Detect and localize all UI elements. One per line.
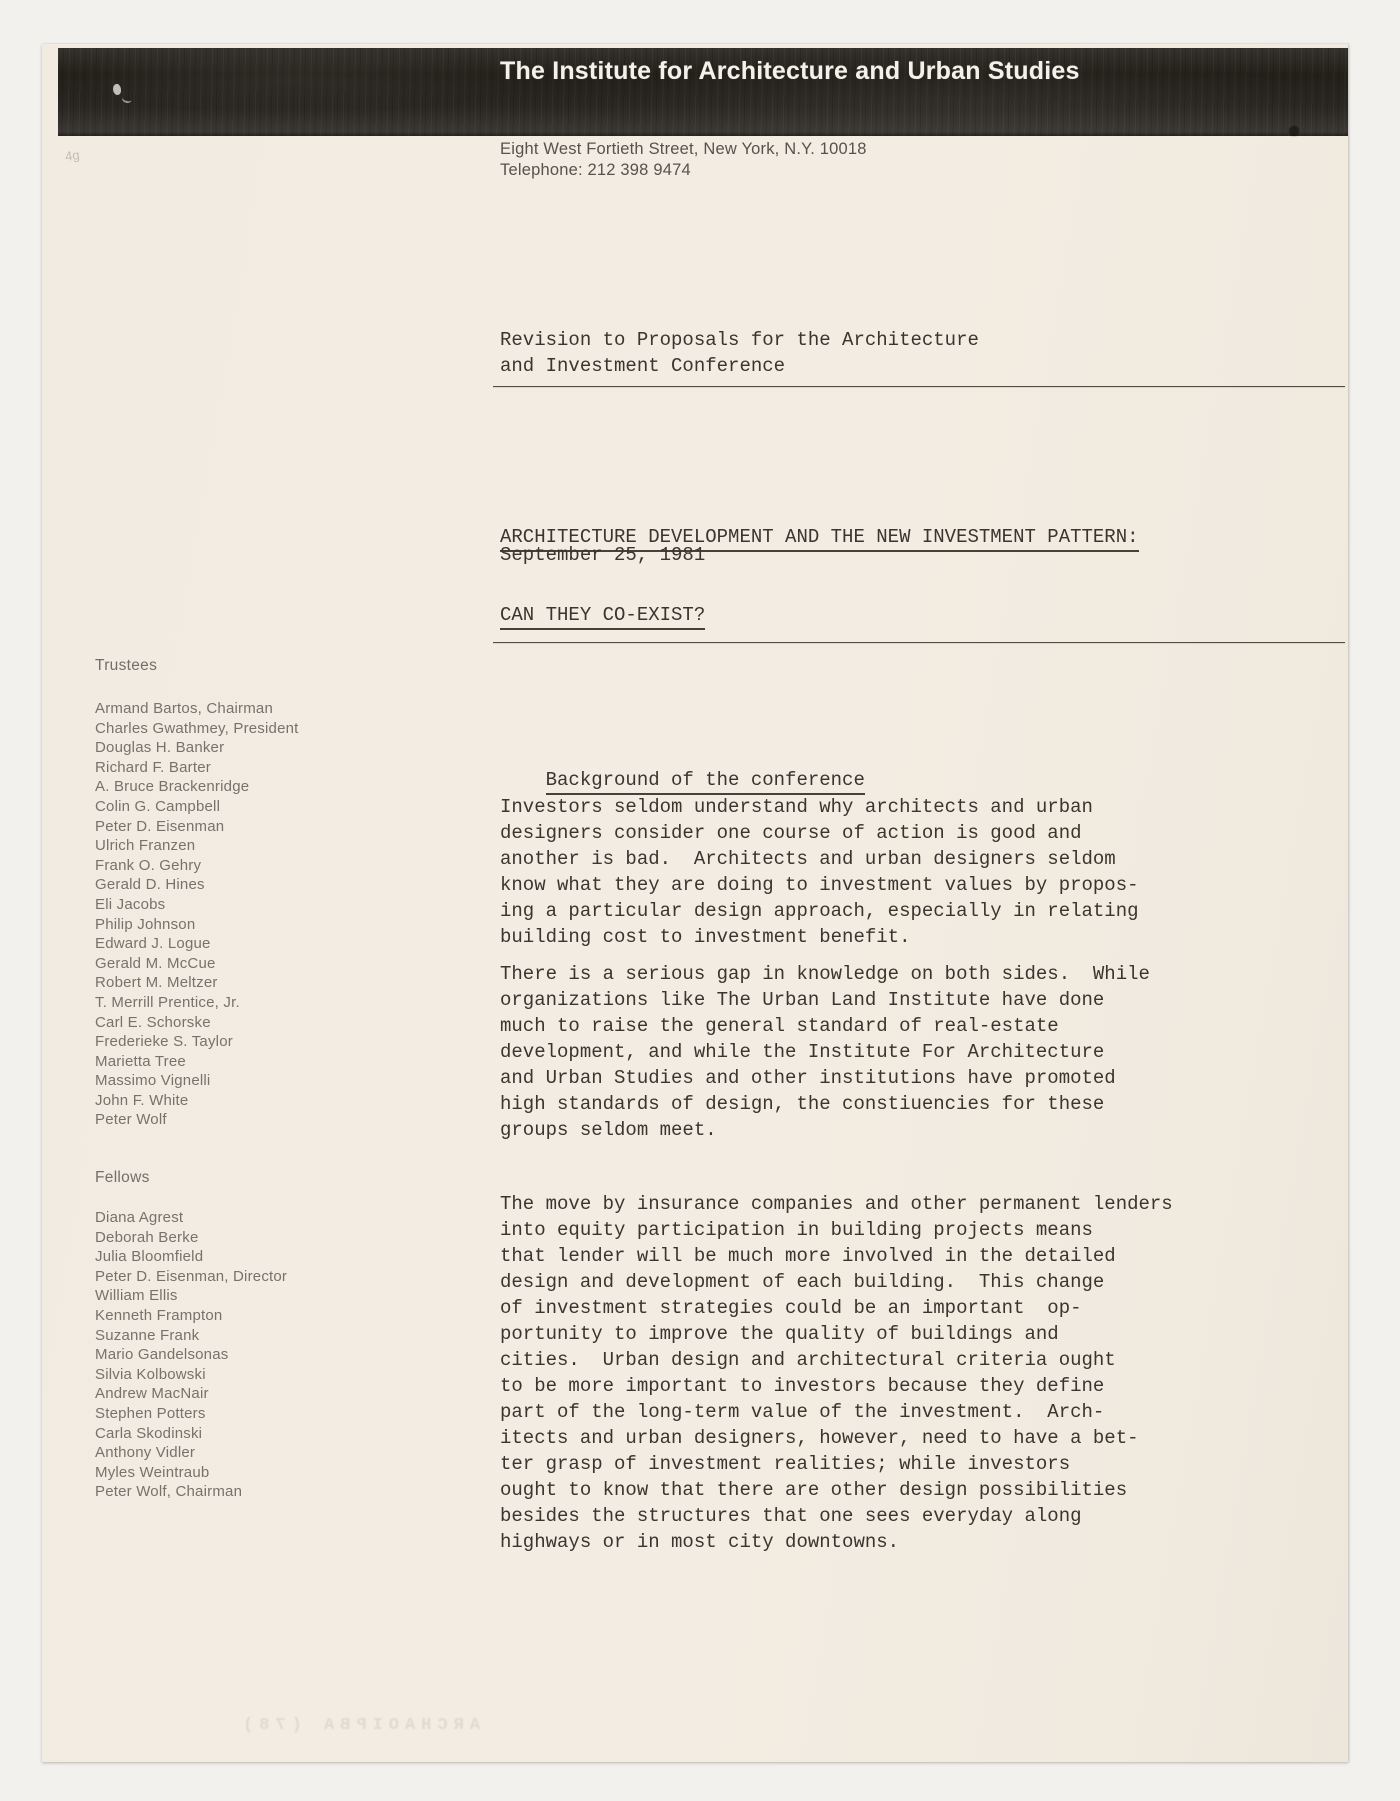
- trustee-item: Charles Gwathmey, President: [95, 719, 299, 739]
- scratch-mark: [121, 93, 133, 104]
- scratch-mark: [111, 83, 122, 96]
- fellows-list: Diana Agrest Deborah Berke Julia Bloomfi…: [95, 1208, 287, 1502]
- trustee-item: Edward J. Logue: [95, 934, 299, 954]
- fellow-item: Silvia Kolbowski: [95, 1365, 287, 1385]
- trustee-item: Frank O. Gehry: [95, 856, 299, 876]
- trustee-item: Eli Jacobs: [95, 895, 299, 915]
- fellow-item: Anthony Vidler: [95, 1443, 287, 1463]
- fellow-item: Diana Agrest: [95, 1208, 287, 1228]
- fellow-item: Andrew MacNair: [95, 1384, 287, 1404]
- organization-name: The Institute for Architecture and Urban…: [500, 57, 1080, 85]
- trustee-item: Armand Bartos, Chairman: [95, 699, 299, 719]
- fellow-item: Peter D. Eisenman, Director: [95, 1267, 287, 1287]
- document-date: September 25, 1981: [500, 542, 705, 568]
- document-subject: Revision to Proposals for the Architectu…: [500, 327, 979, 379]
- fellow-item: Myles Weintraub: [95, 1463, 287, 1483]
- trustee-item: Marietta Tree: [95, 1052, 299, 1072]
- fellow-item: William Ellis: [95, 1286, 287, 1306]
- ink-dot: [1289, 126, 1299, 136]
- fellow-item: Deborah Berke: [95, 1228, 287, 1248]
- trustee-item: Peter D. Eisenman: [95, 817, 299, 837]
- document-title: ARCHITECTURE DEVELOPMENT AND THE NEW INV…: [500, 472, 1139, 680]
- fellow-item: Stephen Potters: [95, 1404, 287, 1424]
- body-paragraph: Investors seldom understand why architec…: [500, 794, 1200, 950]
- trustee-item: Douglas H. Banker: [95, 738, 299, 758]
- trustees-heading: Trustees: [95, 656, 157, 676]
- bleedthrough-text: ARCHAOIPBA (78): [237, 1716, 480, 1735]
- trustee-item: Colin G. Campbell: [95, 797, 299, 817]
- body-paragraph: The move by insurance companies and othe…: [500, 1191, 1200, 1555]
- trustee-item: Robert M. Meltzer: [95, 973, 299, 993]
- phone-line: Telephone: 212 398 9474: [500, 160, 867, 181]
- trustee-item: A. Bruce Brackenridge: [95, 777, 299, 797]
- trustees-list: Armand Bartos, Chairman Charles Gwathmey…: [95, 699, 299, 1130]
- trustee-item: Richard F. Barter: [95, 758, 299, 778]
- horizontal-rule: [493, 386, 1345, 387]
- body-paragraph: There is a serious gap in knowledge on b…: [500, 961, 1200, 1143]
- trustee-item: Frederieke S. Taylor: [95, 1032, 299, 1052]
- fellow-item: Suzanne Frank: [95, 1326, 287, 1346]
- trustee-item: Carl E. Schorske: [95, 1013, 299, 1033]
- trustee-item: John F. White: [95, 1091, 299, 1111]
- pencil-annotation: 4g: [64, 147, 80, 164]
- address-block: Eight West Fortieth Street, New York, N.…: [500, 139, 867, 181]
- trustee-item: Gerald D. Hines: [95, 875, 299, 895]
- trustee-item: Massimo Vignelli: [95, 1071, 299, 1091]
- document-page: The Institute for Architecture and Urban…: [42, 44, 1348, 1762]
- trustee-item: Philip Johnson: [95, 915, 299, 935]
- trustee-item: Gerald M. McCue: [95, 954, 299, 974]
- title-line-2: CAN THEY CO-EXIST?: [500, 602, 705, 630]
- address-line: Eight West Fortieth Street, New York, N.…: [500, 139, 867, 160]
- trustee-item: Peter Wolf: [95, 1110, 299, 1130]
- horizontal-rule: [493, 642, 1345, 643]
- fellow-item: Mario Gandelsonas: [95, 1345, 287, 1365]
- fellow-item: Carla Skodinski: [95, 1424, 287, 1444]
- fellow-item: Kenneth Frampton: [95, 1306, 287, 1326]
- trustee-item: Ulrich Franzen: [95, 836, 299, 856]
- fellows-heading: Fellows: [95, 1168, 150, 1188]
- fellow-item: Peter Wolf, Chairman: [95, 1482, 287, 1502]
- fellow-item: Julia Bloomfield: [95, 1247, 287, 1267]
- trustee-item: T. Merrill Prentice, Jr.: [95, 993, 299, 1013]
